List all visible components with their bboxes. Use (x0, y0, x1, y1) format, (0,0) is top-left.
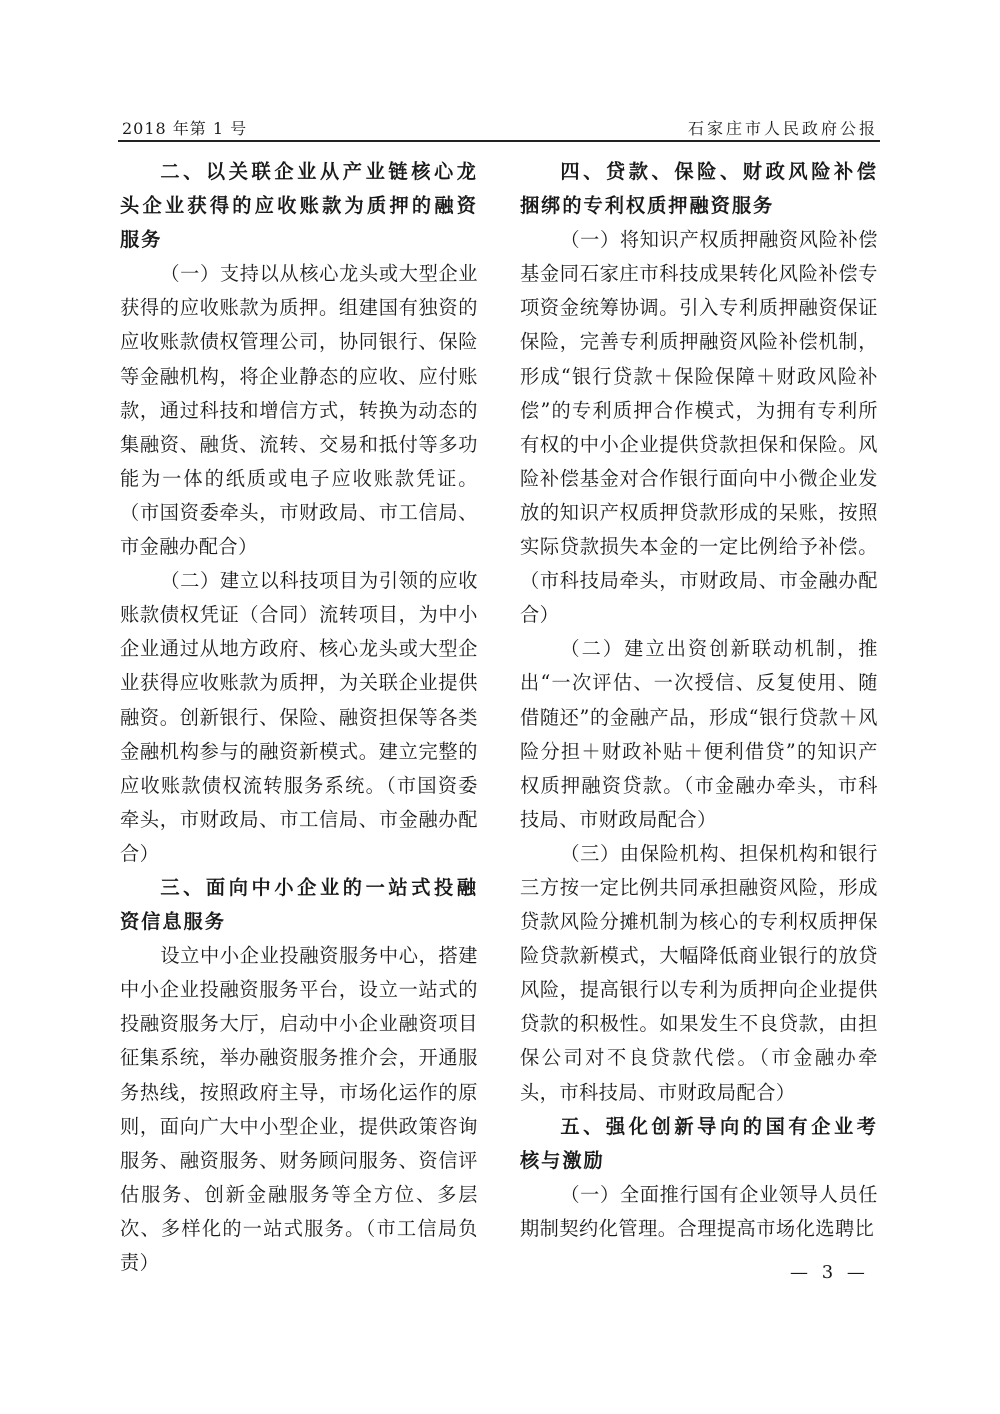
section-3-heading: 三、面向中小企业的一站式投融资信息服务 (120, 871, 478, 939)
section-2-item-1: （一）支持以从核心龙头或大型企业获得的应收账款为质押。组建国有独资的应收账款债权… (120, 257, 478, 564)
section-5-heading: 五、强化创新导向的国有企业考核与激励 (520, 1110, 878, 1178)
right-column: 四、贷款、保险、财政风险补偿捆绑的专利权质押融资服务 （一）将知识产权质押融资风… (520, 155, 878, 1246)
section-4-item-1: （一）将知识产权质押融资风险补偿基金同石家庄市科技成果转化风险补偿专项资金统筹协… (520, 223, 878, 632)
section-2-heading: 二、以关联企业从产业链核心龙头企业获得的应收账款为质押的融资服务 (120, 155, 478, 257)
issue-label: 2018 年第 1 号 (122, 116, 247, 139)
left-column: 二、以关联企业从产业链核心龙头企业获得的应收账款为质押的融资服务 （一）支持以从… (120, 155, 478, 1280)
running-header: 2018 年第 1 号 石家庄市人民政府公报 (118, 114, 880, 142)
section-4-item-2: （二）建立出资创新联动机制，推出“一次评估、一次授信、反复使用、随借随还”的金融… (520, 632, 878, 837)
section-4-item-3: （三）由保险机构、担保机构和银行三方按一定比例共同承担融资风险，形成贷款风险分摊… (520, 837, 878, 1110)
section-4-heading: 四、贷款、保险、财政风险补偿捆绑的专利权质押融资服务 (520, 155, 878, 223)
publication-title: 石家庄市人民政府公报 (688, 116, 878, 139)
section-2-item-2: （二）建立以科技项目为引领的应收账款债权凭证（合同）流转项目，为中小企业通过从地… (120, 564, 478, 871)
section-3-body: 设立中小企业投融资服务中心，搭建中小企业投融资服务平台，设立一站式的投融资服务大… (120, 939, 478, 1280)
page-number: — 3 — (790, 1262, 869, 1283)
section-5-item-1: （一）全面推行国有企业领导人员任期制契约化管理。合理提高市场化选聘比 (520, 1178, 878, 1246)
